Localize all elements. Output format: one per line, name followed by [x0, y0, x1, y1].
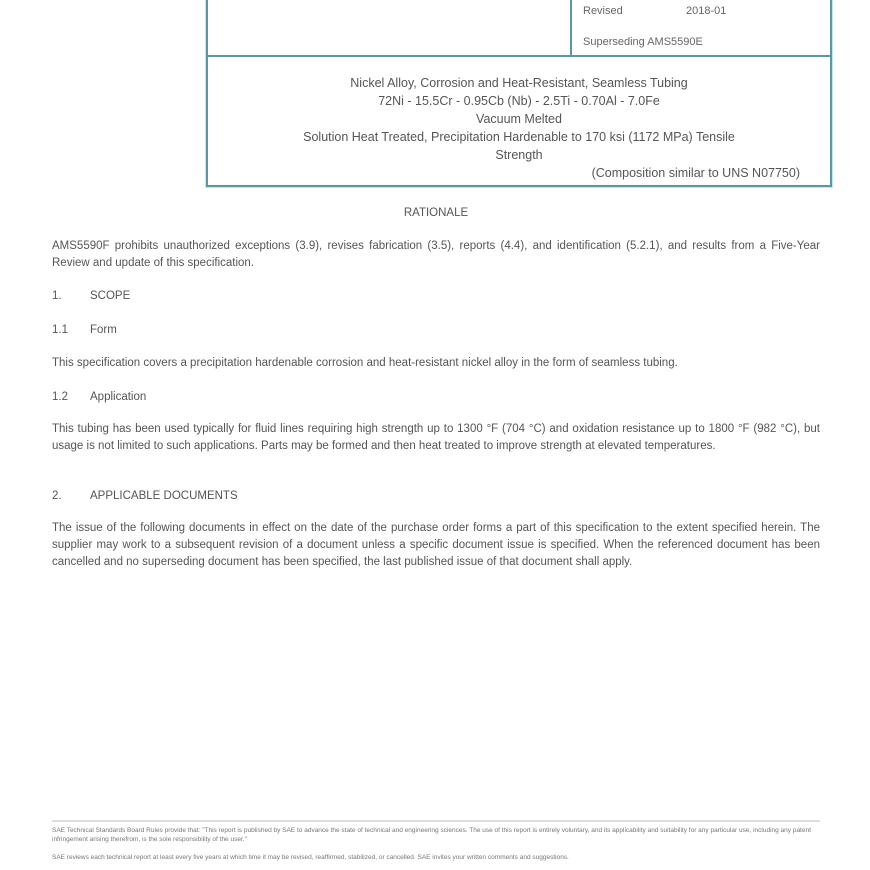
footer-notice: SAE Technical Standards Board Rules prov… — [52, 826, 820, 844]
revised-date: 2018-01 — [686, 5, 726, 17]
section-number: 1.2 — [52, 389, 90, 406]
composition-note: (Composition similar to UNS N07750) — [208, 164, 830, 182]
document-title: Nickel Alloy, Corrosion and Heat-Resista… — [208, 74, 830, 182]
section-heading-form: 1.1Form — [52, 322, 820, 339]
title-box-header — [208, 0, 830, 57]
title-box-divider — [570, 0, 572, 55]
section-heading-applicable-documents: 2.APPLICABLE DOCUMENTS — [52, 488, 820, 505]
footer-divider — [52, 820, 820, 822]
title-line: Nickel Alloy, Corrosion and Heat-Resista… — [208, 74, 830, 92]
revised-label: Revised — [583, 5, 623, 17]
section-heading-application: 1.2Application — [52, 389, 820, 406]
section-number: 1. — [52, 288, 90, 305]
section-text-form: This specification covers a precipitatio… — [52, 355, 820, 372]
rationale-text: AMS5590F prohibits unauthorized exceptio… — [52, 238, 820, 272]
section-text-applicable-documents: The issue of the following documents in … — [52, 520, 820, 571]
title-line: Solution Heat Treated, Precipitation Har… — [208, 128, 830, 146]
title-line: 72Ni - 15.5Cr - 0.95Cb (Nb) - 2.5Ti - 0.… — [208, 92, 830, 110]
section-heading-scope: 1.SCOPE — [52, 288, 820, 305]
section-title: Application — [90, 391, 146, 403]
rationale-heading: RATIONALE — [52, 205, 820, 222]
section-text-application: This tubing has been used typically for … — [52, 421, 820, 455]
section-title: Form — [90, 324, 117, 336]
section-number: 1.1 — [52, 322, 90, 339]
section-title: SCOPE — [90, 290, 130, 302]
title-box: Revised 2018-01 Superseding AMS5590E Nic… — [206, 0, 832, 187]
section-title: APPLICABLE DOCUMENTS — [90, 490, 238, 502]
section-number: 2. — [52, 488, 90, 505]
superseding-note: Superseding AMS5590E — [583, 36, 703, 48]
footer-review-notice: SAE reviews each technical report at lea… — [52, 853, 820, 862]
title-line: Vacuum Melted — [208, 110, 830, 128]
title-line: Strength — [208, 146, 830, 164]
